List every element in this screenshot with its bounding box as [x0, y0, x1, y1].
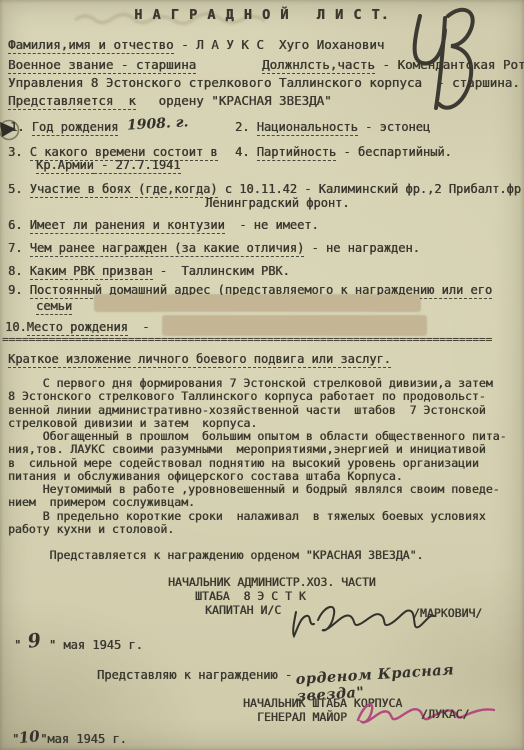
date2-day-handwritten: 10: [18, 728, 41, 748]
date1-rest: " мая 1945 г.: [42, 638, 143, 652]
summary-body: С первого дня формирования 7 Эстонской с…: [8, 377, 520, 563]
item-1-value-handwritten: 1908. г.: [127, 114, 189, 133]
item-8-value: - Таллинским РВК.: [153, 264, 290, 278]
sign1-line1: НАЧАЛЬНИК АДМИНИСТР.ХОЗ. ЧАСТИ: [168, 576, 376, 590]
unit-line: Управления 8 Эстонского стрелкового Талл…: [8, 76, 520, 91]
name-label: Фамилия,имя и отчество: [8, 37, 174, 54]
item-6-number: 6.: [8, 218, 30, 232]
item-1-label: Год рождения: [32, 120, 119, 136]
item-5-label: Участие в боях (где,когда): [30, 182, 218, 198]
item-1-birth-year: 1. Год рождения: [10, 120, 118, 134]
date1-quote-open: ": [14, 638, 28, 652]
item-3-line2: Кр.Армии - 27.7.1941: [36, 158, 181, 172]
item-4-number: 4.: [235, 145, 257, 159]
item-10-value: -: [128, 320, 150, 334]
item-2-label: Национальность: [257, 120, 358, 136]
item-5-combat: 5. Участие в боях (где,когда) с 10.11.42…: [8, 182, 521, 196]
item-7-label: Чем ранее награжден (за какие отличия): [30, 241, 305, 257]
date-line-2: "10"мая 1945 г.: [12, 730, 127, 748]
sign2-line2: ГЕНЕРАЛ МАЙОР: [257, 711, 347, 725]
item-6-value: - не имеет.: [225, 218, 319, 232]
item-7-value: - не награжден.: [304, 241, 420, 255]
submitted-for-line: Представляется к ордену "КРАСНАЯ ЗВЕЗДА": [8, 94, 332, 109]
item-2-value: - эстонец: [358, 120, 430, 134]
item-4-value: - беспартийный.: [336, 145, 452, 159]
item-8-drafted-by: 8. Каким РВК призван - Таллинским РВК.: [8, 264, 290, 278]
item-3-value: - 27.7.1941: [94, 158, 181, 174]
item-9-number: 9.: [8, 283, 30, 297]
section-divider: ========================================…: [2, 334, 492, 347]
sign2-name: /ЛУКАС/: [421, 708, 469, 722]
item-5-value: с 10.11.42 - Калиминский фр.,2 Прибалт.ф…: [218, 182, 521, 196]
sign1-line3: КАПИТАН И/С: [205, 604, 281, 618]
position-line: Должнлсть,часть - Комендантская Рота: [262, 58, 524, 73]
document-title: Н А Г Р А Д Н О Й Л И С Т.: [0, 8, 524, 24]
rank-label: Военное звание - старшина: [8, 57, 196, 74]
item-2-number: 2.: [235, 120, 257, 134]
item-5-value-line2: Ленинградский фронт.: [205, 196, 350, 210]
item-1-number: 1.: [10, 120, 32, 134]
item-9-label2: семьи: [36, 299, 72, 315]
date1-day-handwritten: 9: [27, 629, 43, 653]
summary-heading-text: Краткое изложение личного боевого подвиг…: [8, 352, 391, 368]
date2-rest: "мая 1945 г.: [40, 732, 127, 746]
name-line: Фамилия,имя и отчество - Л А У К С Хуго …: [8, 38, 384, 53]
submitted-for-label: Представляется к: [8, 93, 136, 110]
item-9-line2: семьи: [36, 299, 72, 313]
submission-typed: Представляю к награждению -: [97, 668, 292, 682]
item-7-prior-awards: 7. Чем ранее награжден (за какие отличия…: [8, 241, 420, 255]
item-3-label2: Кр.Армии: [36, 158, 94, 174]
submitted-for-value: ордену "КРАСНАЯ ЗВЕЗДА": [136, 93, 332, 108]
item-5-number: 5.: [8, 182, 30, 196]
item-3-number: 3.: [8, 145, 30, 159]
item-10-number: 10.: [5, 320, 27, 334]
rank-line: Военное звание - старшина: [8, 58, 196, 73]
item-4-party: 4. Партийность - беспартийный.: [235, 145, 452, 159]
item-6-wounds: 6. Имеет ли ранения и контузии - не имее…: [8, 218, 319, 232]
item-2-nationality: 2. Национальность - эстонец: [235, 120, 430, 134]
date-line-1: " 9 " мая 1945 г.: [14, 632, 143, 654]
item-4-label: Партийность: [257, 145, 336, 161]
position-value: - Комендантская Рота: [375, 57, 524, 72]
summary-heading: Краткое изложение личного боевого подвиг…: [8, 352, 391, 366]
name-value: - Л А У К С Хуго Иоханович: [174, 37, 385, 52]
item-8-number: 8.: [8, 264, 30, 278]
item-6-label: Имеет ли ранения и контузии: [30, 218, 225, 234]
item-8-label: Каким РВК призван: [30, 264, 153, 280]
redaction-box-address: [95, 295, 420, 311]
award-sheet-document: Н А Г Р А Д Н О Й Л И С Т. Фамилия,имя и…: [0, 0, 524, 750]
sign1-name: /МАРКОВИЧ/: [413, 607, 482, 621]
item-7-number: 7.: [8, 241, 30, 255]
position-label: Должнлсть,часть: [262, 57, 375, 74]
